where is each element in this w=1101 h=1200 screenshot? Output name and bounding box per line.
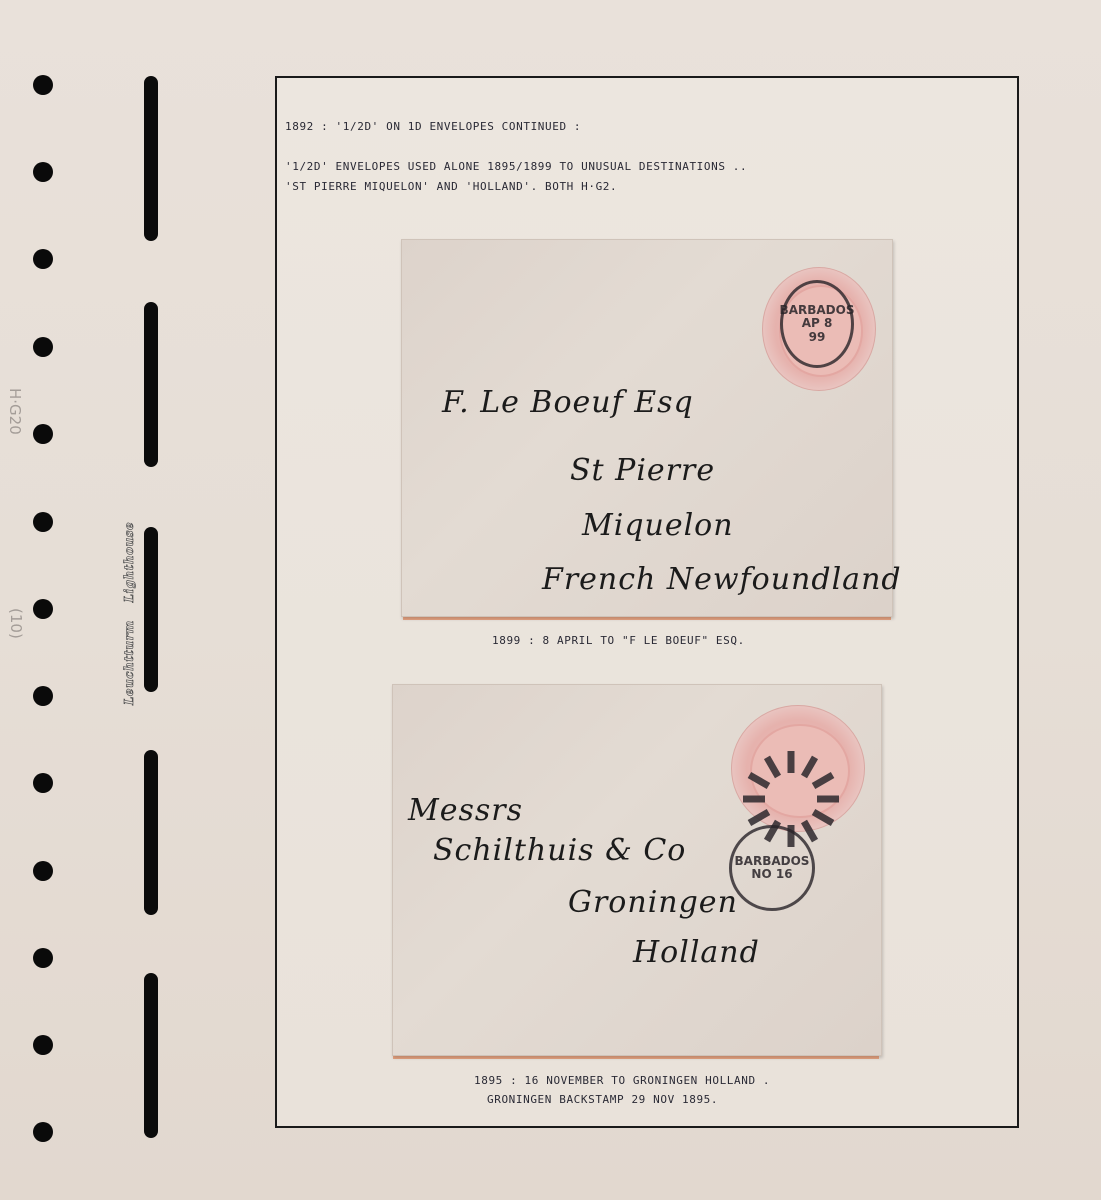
address-line: Schilthuis & Co bbox=[433, 833, 686, 868]
header-line-2: '1/2d' envelopes used alone 1895/1899 to… bbox=[285, 160, 747, 173]
punch-hole bbox=[33, 686, 53, 706]
binder-slot bbox=[144, 527, 158, 692]
address-line: Groningen bbox=[568, 885, 738, 920]
punch-hole bbox=[33, 249, 53, 269]
address-line: Miquelon bbox=[582, 508, 734, 543]
brand-left: Leuchtturm bbox=[122, 620, 136, 705]
cover-2-caption-line-1: 1895 : 16 November to Groningen Holland … bbox=[474, 1074, 770, 1087]
cover-2-caption-line-2: Groningen backstamp 29 Nov 1895. bbox=[487, 1093, 718, 1106]
cover-1-caption: 1899 : 8 April to "F Le Boeuf" Esq. bbox=[492, 634, 745, 647]
binder-slot bbox=[144, 973, 158, 1138]
brand-label: LeuchtturmLighthouse bbox=[122, 504, 136, 705]
postmark-barbados-nov: BARBADOSNO 16 bbox=[729, 825, 815, 911]
punch-hole bbox=[33, 424, 53, 444]
address-line: Messrs bbox=[408, 793, 523, 828]
punch-hole bbox=[33, 1122, 53, 1142]
punch-hole bbox=[33, 337, 53, 357]
punch-hole bbox=[33, 773, 53, 793]
pencil-note: H·G20 bbox=[6, 388, 24, 435]
punch-hole bbox=[33, 1035, 53, 1055]
binder-slot bbox=[144, 750, 158, 915]
binder-slot bbox=[144, 76, 158, 241]
header-line-3: 'St Pierre Miquelon' and 'Holland'. Both… bbox=[285, 180, 617, 193]
header-line-1: 1892 : '1/2d' on 1d envelopes continued … bbox=[285, 120, 581, 133]
postmark-barbados: BARBADOSAP 899 bbox=[780, 280, 854, 368]
address-line: St Pierre bbox=[570, 453, 715, 488]
cover-2-envelope: BARBADOSNO 16 Messrs Schilthuis & Co Gro… bbox=[392, 684, 882, 1056]
binder-slot bbox=[144, 302, 158, 467]
address-line: French Newfoundland bbox=[542, 562, 902, 597]
punch-hole bbox=[33, 948, 53, 968]
punch-hole bbox=[33, 75, 53, 95]
page-number: (10) bbox=[7, 608, 25, 639]
brand-right: Lighthouse bbox=[122, 522, 136, 603]
punch-hole bbox=[33, 512, 53, 532]
address-line: F. Le Boeuf Esq bbox=[442, 385, 694, 420]
punch-hole bbox=[33, 599, 53, 619]
address-line: Holland bbox=[633, 935, 760, 970]
punch-hole bbox=[33, 162, 53, 182]
cover-1-envelope: BARBADOSAP 899 F. Le Boeuf Esq St Pierre… bbox=[401, 239, 893, 617]
punch-hole bbox=[33, 861, 53, 881]
